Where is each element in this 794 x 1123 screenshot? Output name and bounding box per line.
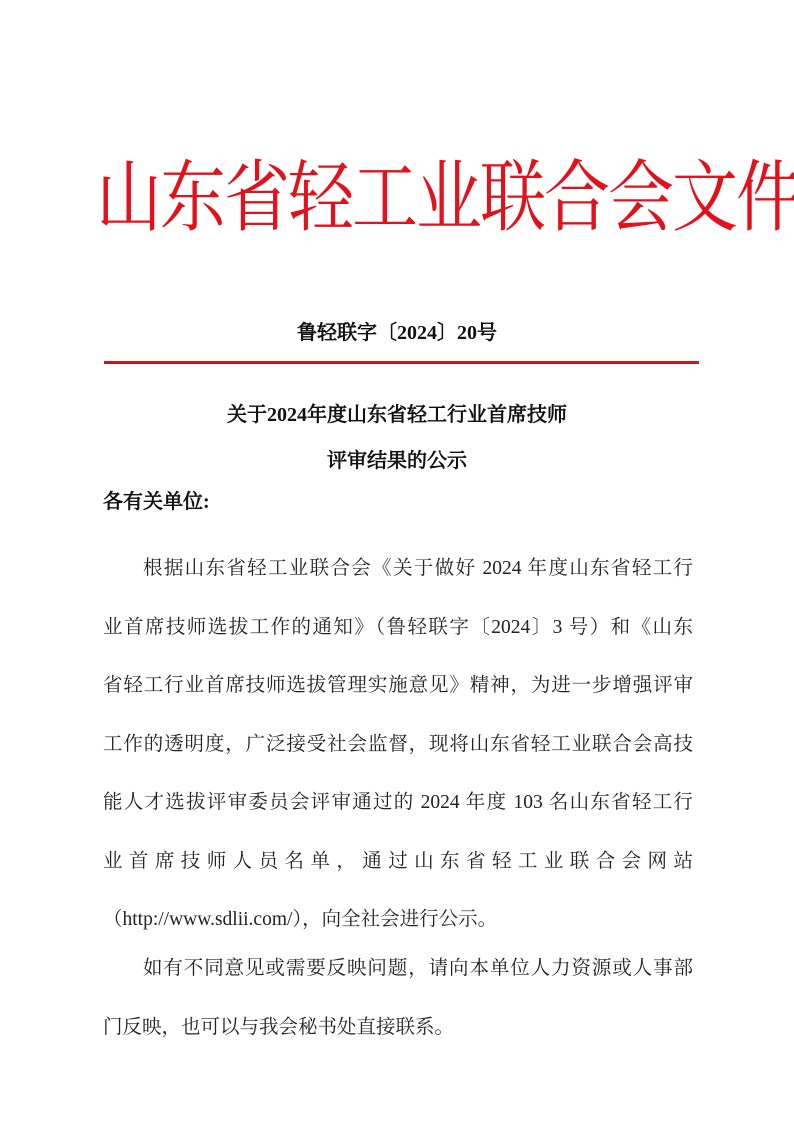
paragraph-line: 根据山东省轻工业联合会《关于做好 2024 年度山东省轻工行 [103,540,693,599]
paragraph-line: 业首席技师选拔工作的通知》（鲁轻联字〔2024〕3 号）和《山东 [103,599,693,658]
body-paragraph-1: 根据山东省轻工业联合会《关于做好 2024 年度山东省轻工行 业首席技师选拔工作… [103,540,693,950]
paragraph-line: 业首席技师人员名单，通过山东省轻工业联合会网站 [103,833,693,892]
body-paragraph-2: 如有不同意见或需要反映问题，请向本单位人力资源或人事部 门反映，也可以与我会秘书… [103,940,693,1057]
document-title-line-2: 评审结果的公示 [0,446,794,476]
salutation: 各有关单位: [103,487,210,517]
paragraph-line: 能人才选拔评审委员会评审通过的 2024 年度 103 名山东省轻工行 [103,774,693,833]
document-header-title: 山东省轻工业联合会文件 [96,139,696,257]
paragraph-line: 如有不同意见或需要反映问题，请向本单位人力资源或人事部 [103,940,693,999]
paragraph-line: 工作的透明度，广泛接受社会监督，现将山东省轻工业联合会高技 [103,716,693,775]
paragraph-line: 省轻工行业首席技师选拔管理实施意见》精神，为进一步增强评审 [103,657,693,716]
paragraph-line: 门反映，也可以与我会秘书处直接联系。 [103,999,693,1058]
header-divider [104,361,699,364]
document-page: 山东省轻工业联合会文件 鲁轻联字〔2024〕20号 关于2024年度山东省轻工行… [0,0,794,1123]
document-title-line-1: 关于2024年度山东省轻工行业首席技师 [0,400,794,430]
document-number: 鲁轻联字〔2024〕20号 [0,318,794,348]
